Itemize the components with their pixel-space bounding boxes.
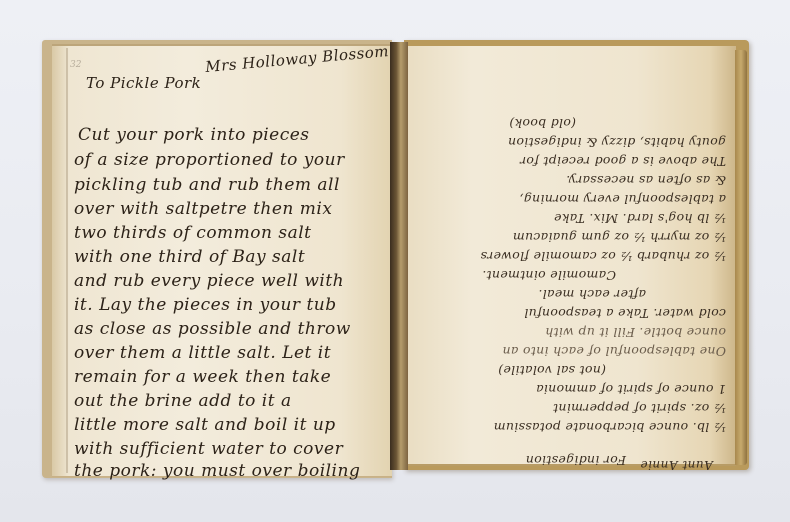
recipe-line: with sufficient water to cover: [74, 439, 343, 459]
signature: Aunt Annie: [640, 458, 713, 472]
remedy-line: The above is a good receipt for: [416, 152, 726, 171]
margin-line: [66, 48, 68, 473]
remedy-line: a tablespoonful every morning,: [416, 190, 726, 209]
remedy-title: Camomile ointment.: [416, 266, 726, 285]
page-number: 32: [70, 60, 81, 70]
remedy-line: & as often as necessary.: [416, 171, 726, 190]
remedy-line: (not sal volatile): [416, 361, 726, 380]
recipe-line: with one third of Bay salt: [74, 247, 305, 267]
recipe-line: remain for a week then take: [74, 367, 331, 387]
recipe-line: pickling tub and rub them all: [74, 175, 340, 195]
book-spine: [390, 42, 408, 470]
recipe-line: of a size proportioned to your: [74, 150, 345, 170]
recipe-line: as close as possible and throw: [74, 319, 351, 339]
remedy-line: 1 ounce of spirit of ammonia: [416, 380, 726, 399]
recipe-line: Cut your pork into pieces: [78, 125, 310, 145]
recipe-line: and rub every piece well with: [74, 271, 344, 291]
upside-down-text-block: For indigestion ½ lb. ounce bicarbonate …: [416, 110, 726, 470]
remedy-line: cold water. Take a teaspoonful: [416, 304, 726, 323]
recipe-line: two thirds of common salt: [74, 223, 312, 243]
remedy-line: after each meal.: [416, 285, 726, 304]
recipe-line: it. Lay the pieces in your tub: [74, 295, 337, 315]
remedy-line: gouty habits, dizzy & indigestion: [416, 133, 726, 152]
right-page-edge: [735, 50, 747, 465]
remedy-line: ½ lb hog's lard. Mix. Take: [416, 209, 726, 228]
recipe-line: out the brine add to it a: [74, 391, 292, 411]
recipe-line: over them a little salt. Let it: [74, 343, 331, 363]
recipe-title: To Pickle Pork: [86, 74, 201, 92]
remedy-line: ½ oz. spirit of peppermint: [416, 399, 726, 418]
remedy-line: (old book): [416, 114, 726, 133]
open-manuscript-book: 32 Mrs Holloway Blossom To Pickle Pork C…: [0, 0, 790, 522]
remedy-line: ½ oz myrrh ½ oz gum guaiacum: [416, 228, 726, 247]
remedy-line: ½ oz rhubarb ½ oz camomile flowers: [416, 247, 726, 266]
remedy-line: ounce bottle. Fill it up with: [416, 323, 726, 342]
remedy-line: ½ lb. ounce bicarbonate potassium: [416, 418, 726, 437]
recipe-line: over with saltpetre then mix: [74, 199, 332, 219]
recipe-line: the pork: you must over boiling: [74, 461, 360, 481]
recipe-line: little more salt and boil it up: [74, 415, 336, 435]
remedy-line: One tablespoonful of each into an: [416, 342, 726, 361]
